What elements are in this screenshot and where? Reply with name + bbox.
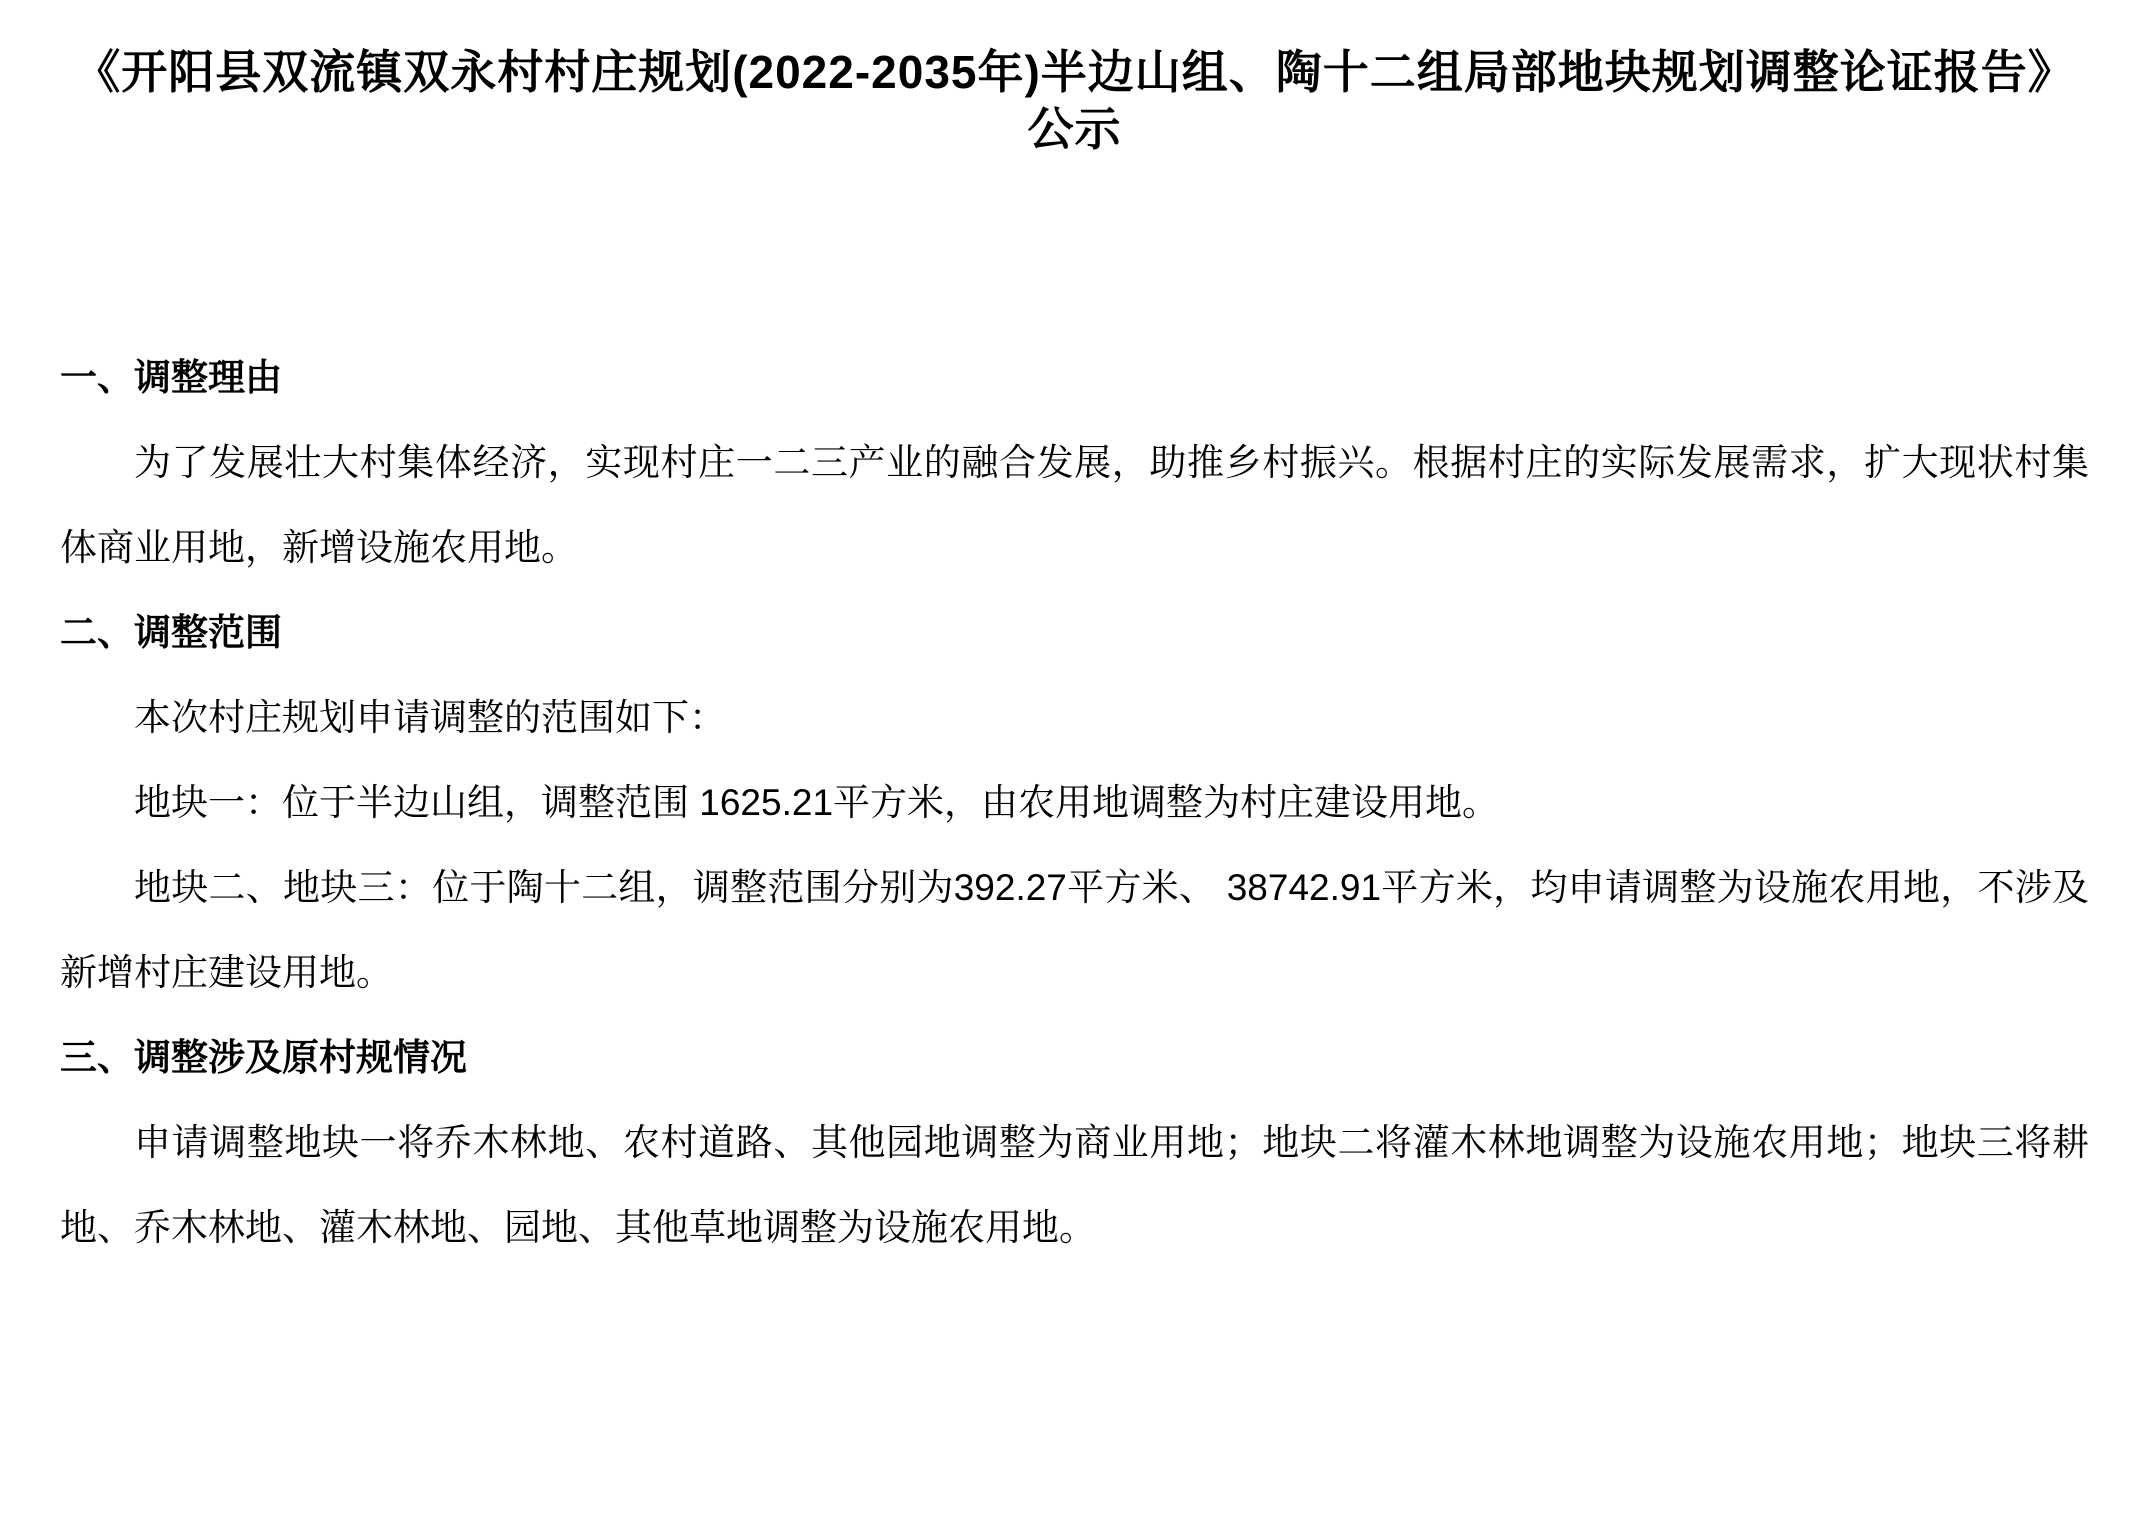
section-adjustment-scope: 二、调整范围 本次村庄规划申请调整的范围如下： 地块一：位于半边山组，调整范围 … bbox=[60, 590, 2089, 1015]
paragraph: 申请调整地块一将乔木林地、农村道路、其他园地调整为商业用地；地块二将灌木林地调整… bbox=[60, 1100, 2089, 1270]
section-heading-1: 一、调整理由 bbox=[60, 335, 2089, 420]
paragraph: 为了发展壮大村集体经济，实现村庄一二三产业的融合发展，助推乡村振兴。根据村庄的实… bbox=[60, 420, 2089, 590]
section-heading-3: 三、调整涉及原村规情况 bbox=[60, 1015, 2089, 1100]
page-title: 《开阳县双流镇双永村村庄规划(2022-2035年)半边山组、陶十二组局部地块规… bbox=[0, 44, 2149, 158]
page-title-line-2: 公示 bbox=[16, 101, 2133, 158]
section-heading-2: 二、调整范围 bbox=[60, 590, 2089, 675]
paragraph: 本次村庄规划申请调整的范围如下： bbox=[60, 675, 2089, 760]
section-adjustment-reason: 一、调整理由 为了发展壮大村集体经济，实现村庄一二三产业的融合发展，助推乡村振兴… bbox=[60, 335, 2089, 590]
section-original-plan-involvement: 三、调整涉及原村规情况 申请调整地块一将乔木林地、农村道路、其他园地调整为商业用… bbox=[60, 1015, 2089, 1270]
paragraph: 地块一：位于半边山组，调整范围 1625.21平方米，由农用地调整为村庄建设用地… bbox=[60, 760, 2089, 845]
document-page: 《开阳县双流镇双永村村庄规划(2022-2035年)半边山组、陶十二组局部地块规… bbox=[0, 0, 2149, 1520]
document-body: 一、调整理由 为了发展壮大村集体经济，实现村庄一二三产业的融合发展，助推乡村振兴… bbox=[0, 335, 2149, 1270]
paragraph: 地块二、地块三：位于陶十二组，调整范围分别为392.27平方米、 38742.9… bbox=[60, 845, 2089, 1015]
page-title-line-1: 《开阳县双流镇双永村村庄规划(2022-2035年)半边山组、陶十二组局部地块规… bbox=[16, 44, 2133, 101]
